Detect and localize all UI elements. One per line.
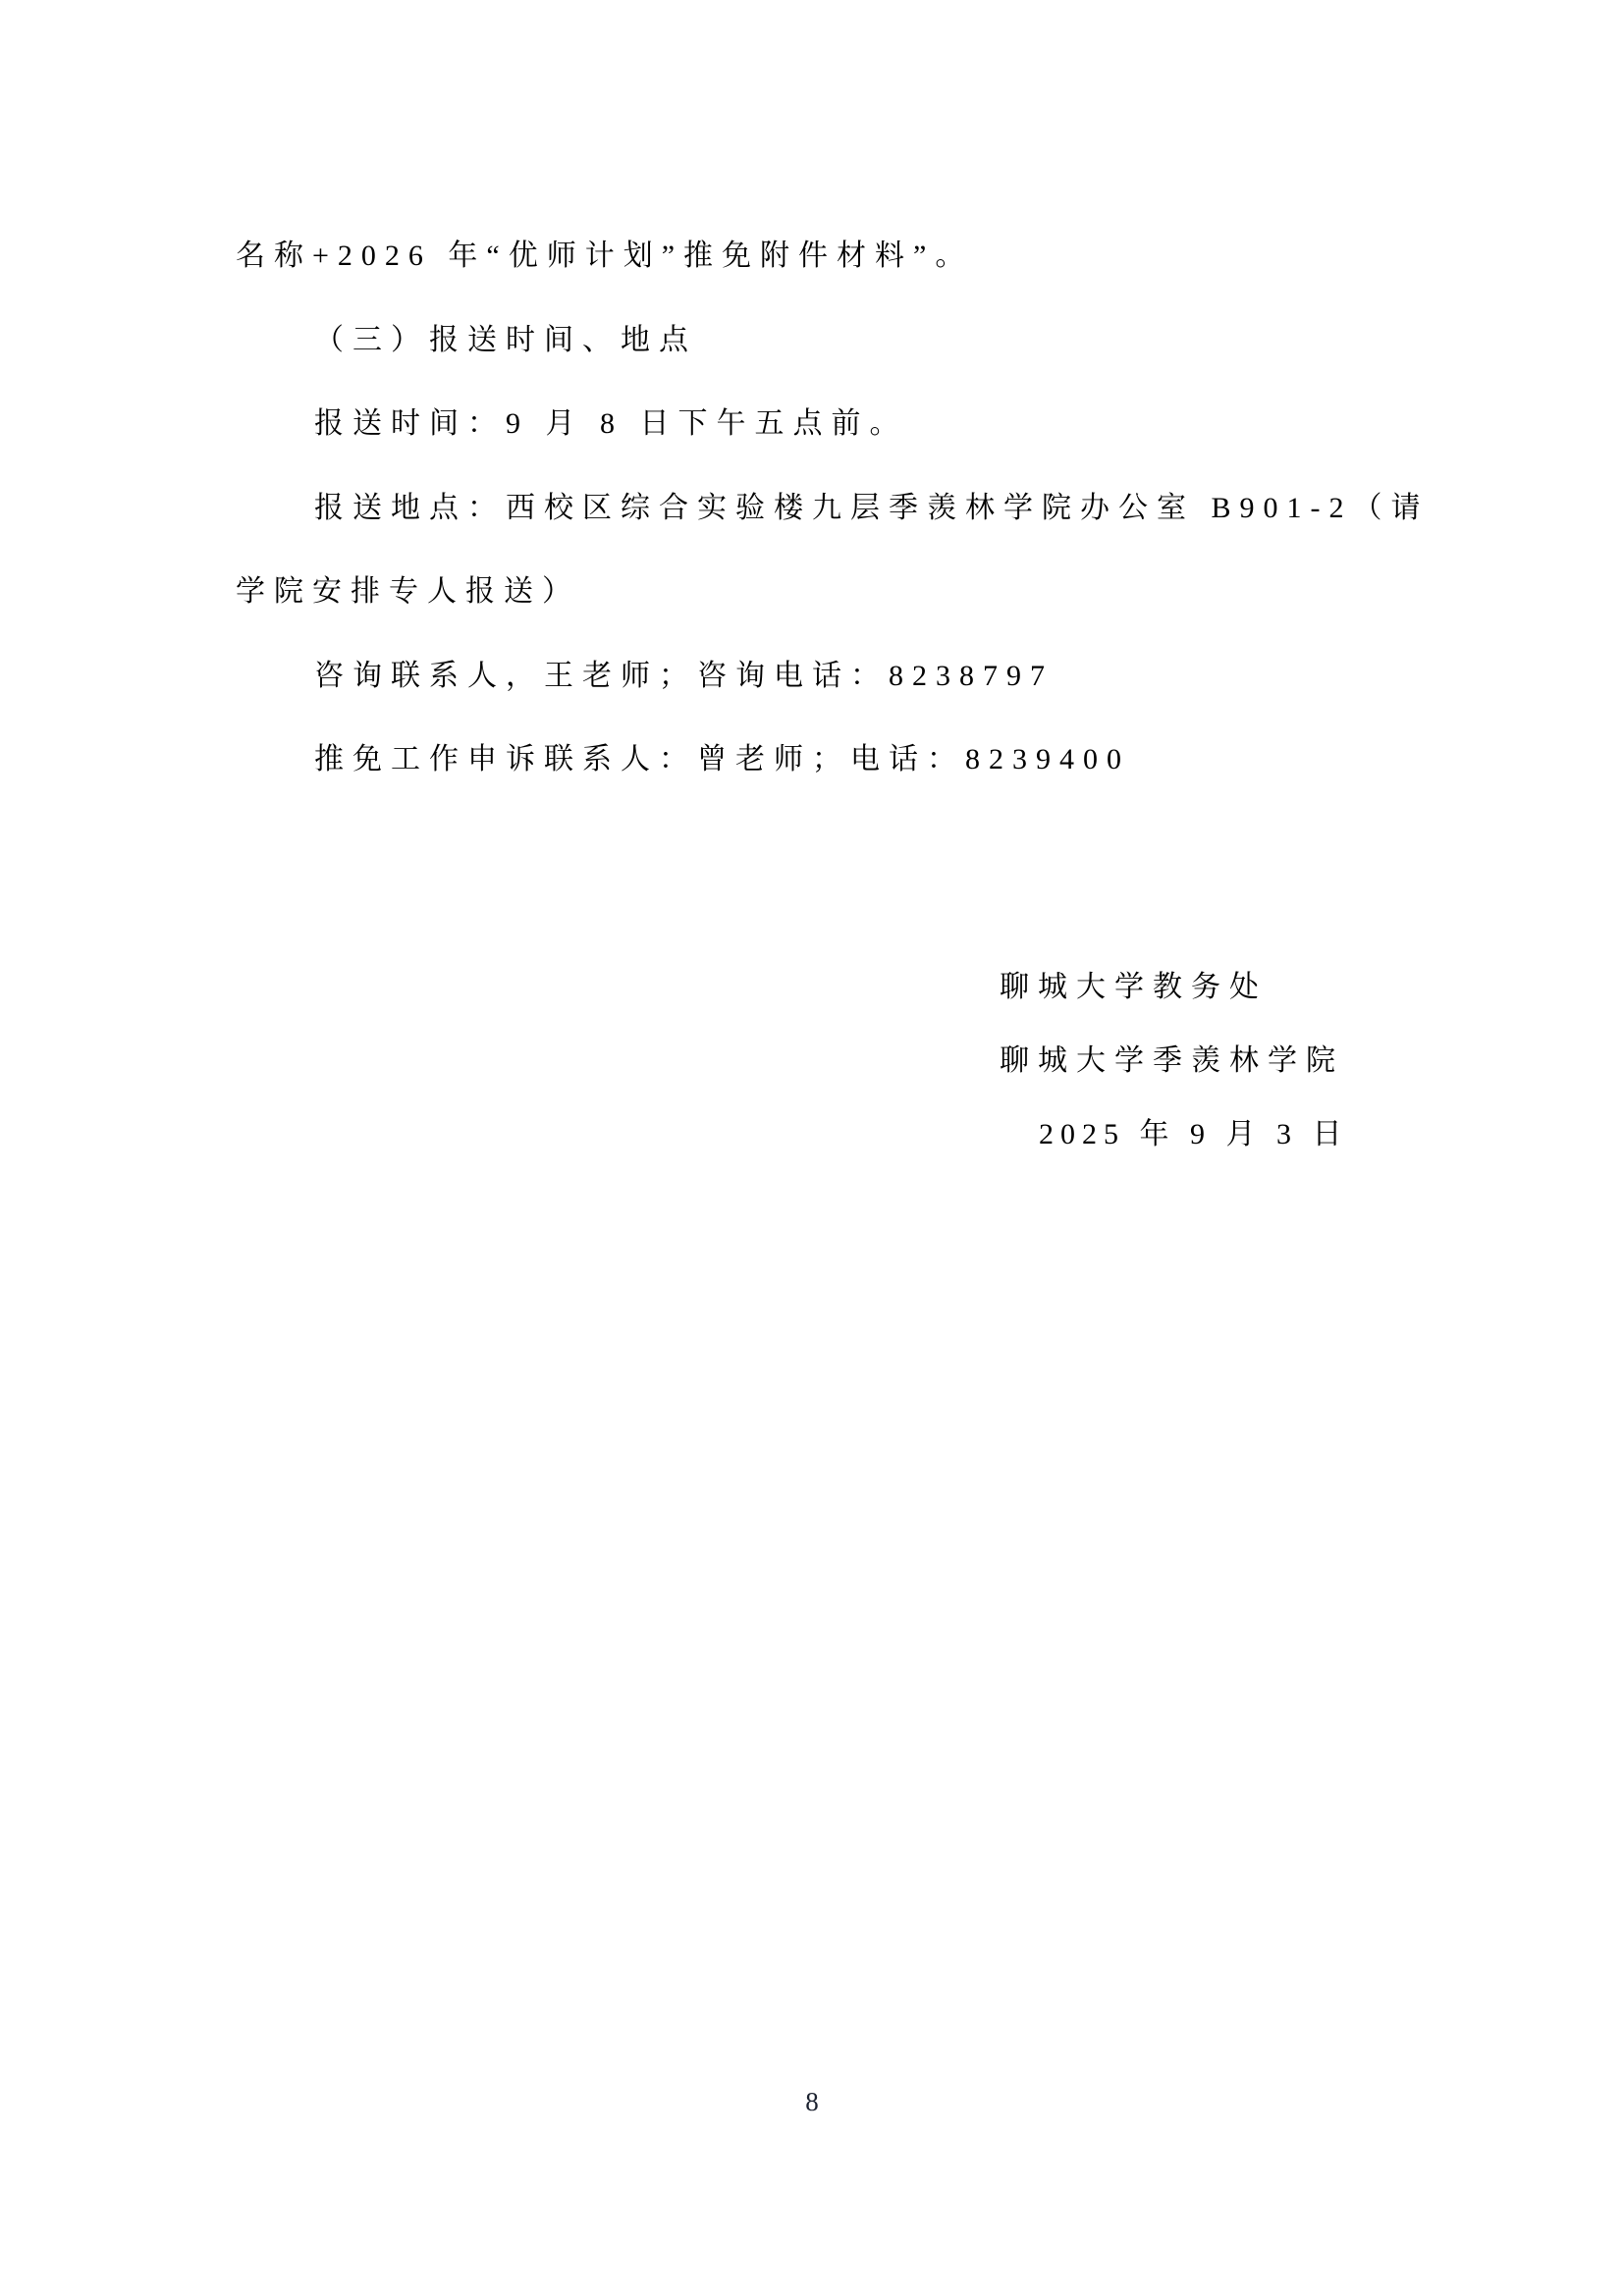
page-number: 8 [0,2087,1624,2117]
submission-location-wrap-line: 学院安排专人报送） [236,550,1404,634]
signature-org-1: 聊城大学教务处 [1000,950,1349,1024]
paragraph-continuation-line: 名称+2026 年“优师计划”推免附件材料”。 [236,214,1404,298]
section-heading: （三）报送时间、地点 [236,298,1404,383]
signature-org-2: 聊城大学季羡林学院 [1000,1024,1349,1097]
signature-date: 2025 年 9 月 3 日 [1000,1097,1349,1171]
document-body: 名称+2026 年“优师计划”推免附件材料”。 （三）报送时间、地点 报送时间：… [236,214,1404,802]
submission-time-line: 报送时间：9 月 8 日下午五点前。 [236,382,1404,466]
appeal-contact-line: 推免工作申诉联系人：曾老师；电话：8239400 [236,718,1404,802]
consult-contact-line: 咨询联系人，王老师；咨询电话：8238797 [236,634,1404,719]
submission-location-line: 报送地点：西校区综合实验楼九层季羡林学院办公室 B901-2（请 [236,466,1404,551]
document-page: 名称+2026 年“优师计划”推免附件材料”。 （三）报送时间、地点 报送时间：… [0,0,1624,2296]
signature-block: 聊城大学教务处 聊城大学季羡林学院 2025 年 9 月 3 日 [1000,950,1349,1171]
